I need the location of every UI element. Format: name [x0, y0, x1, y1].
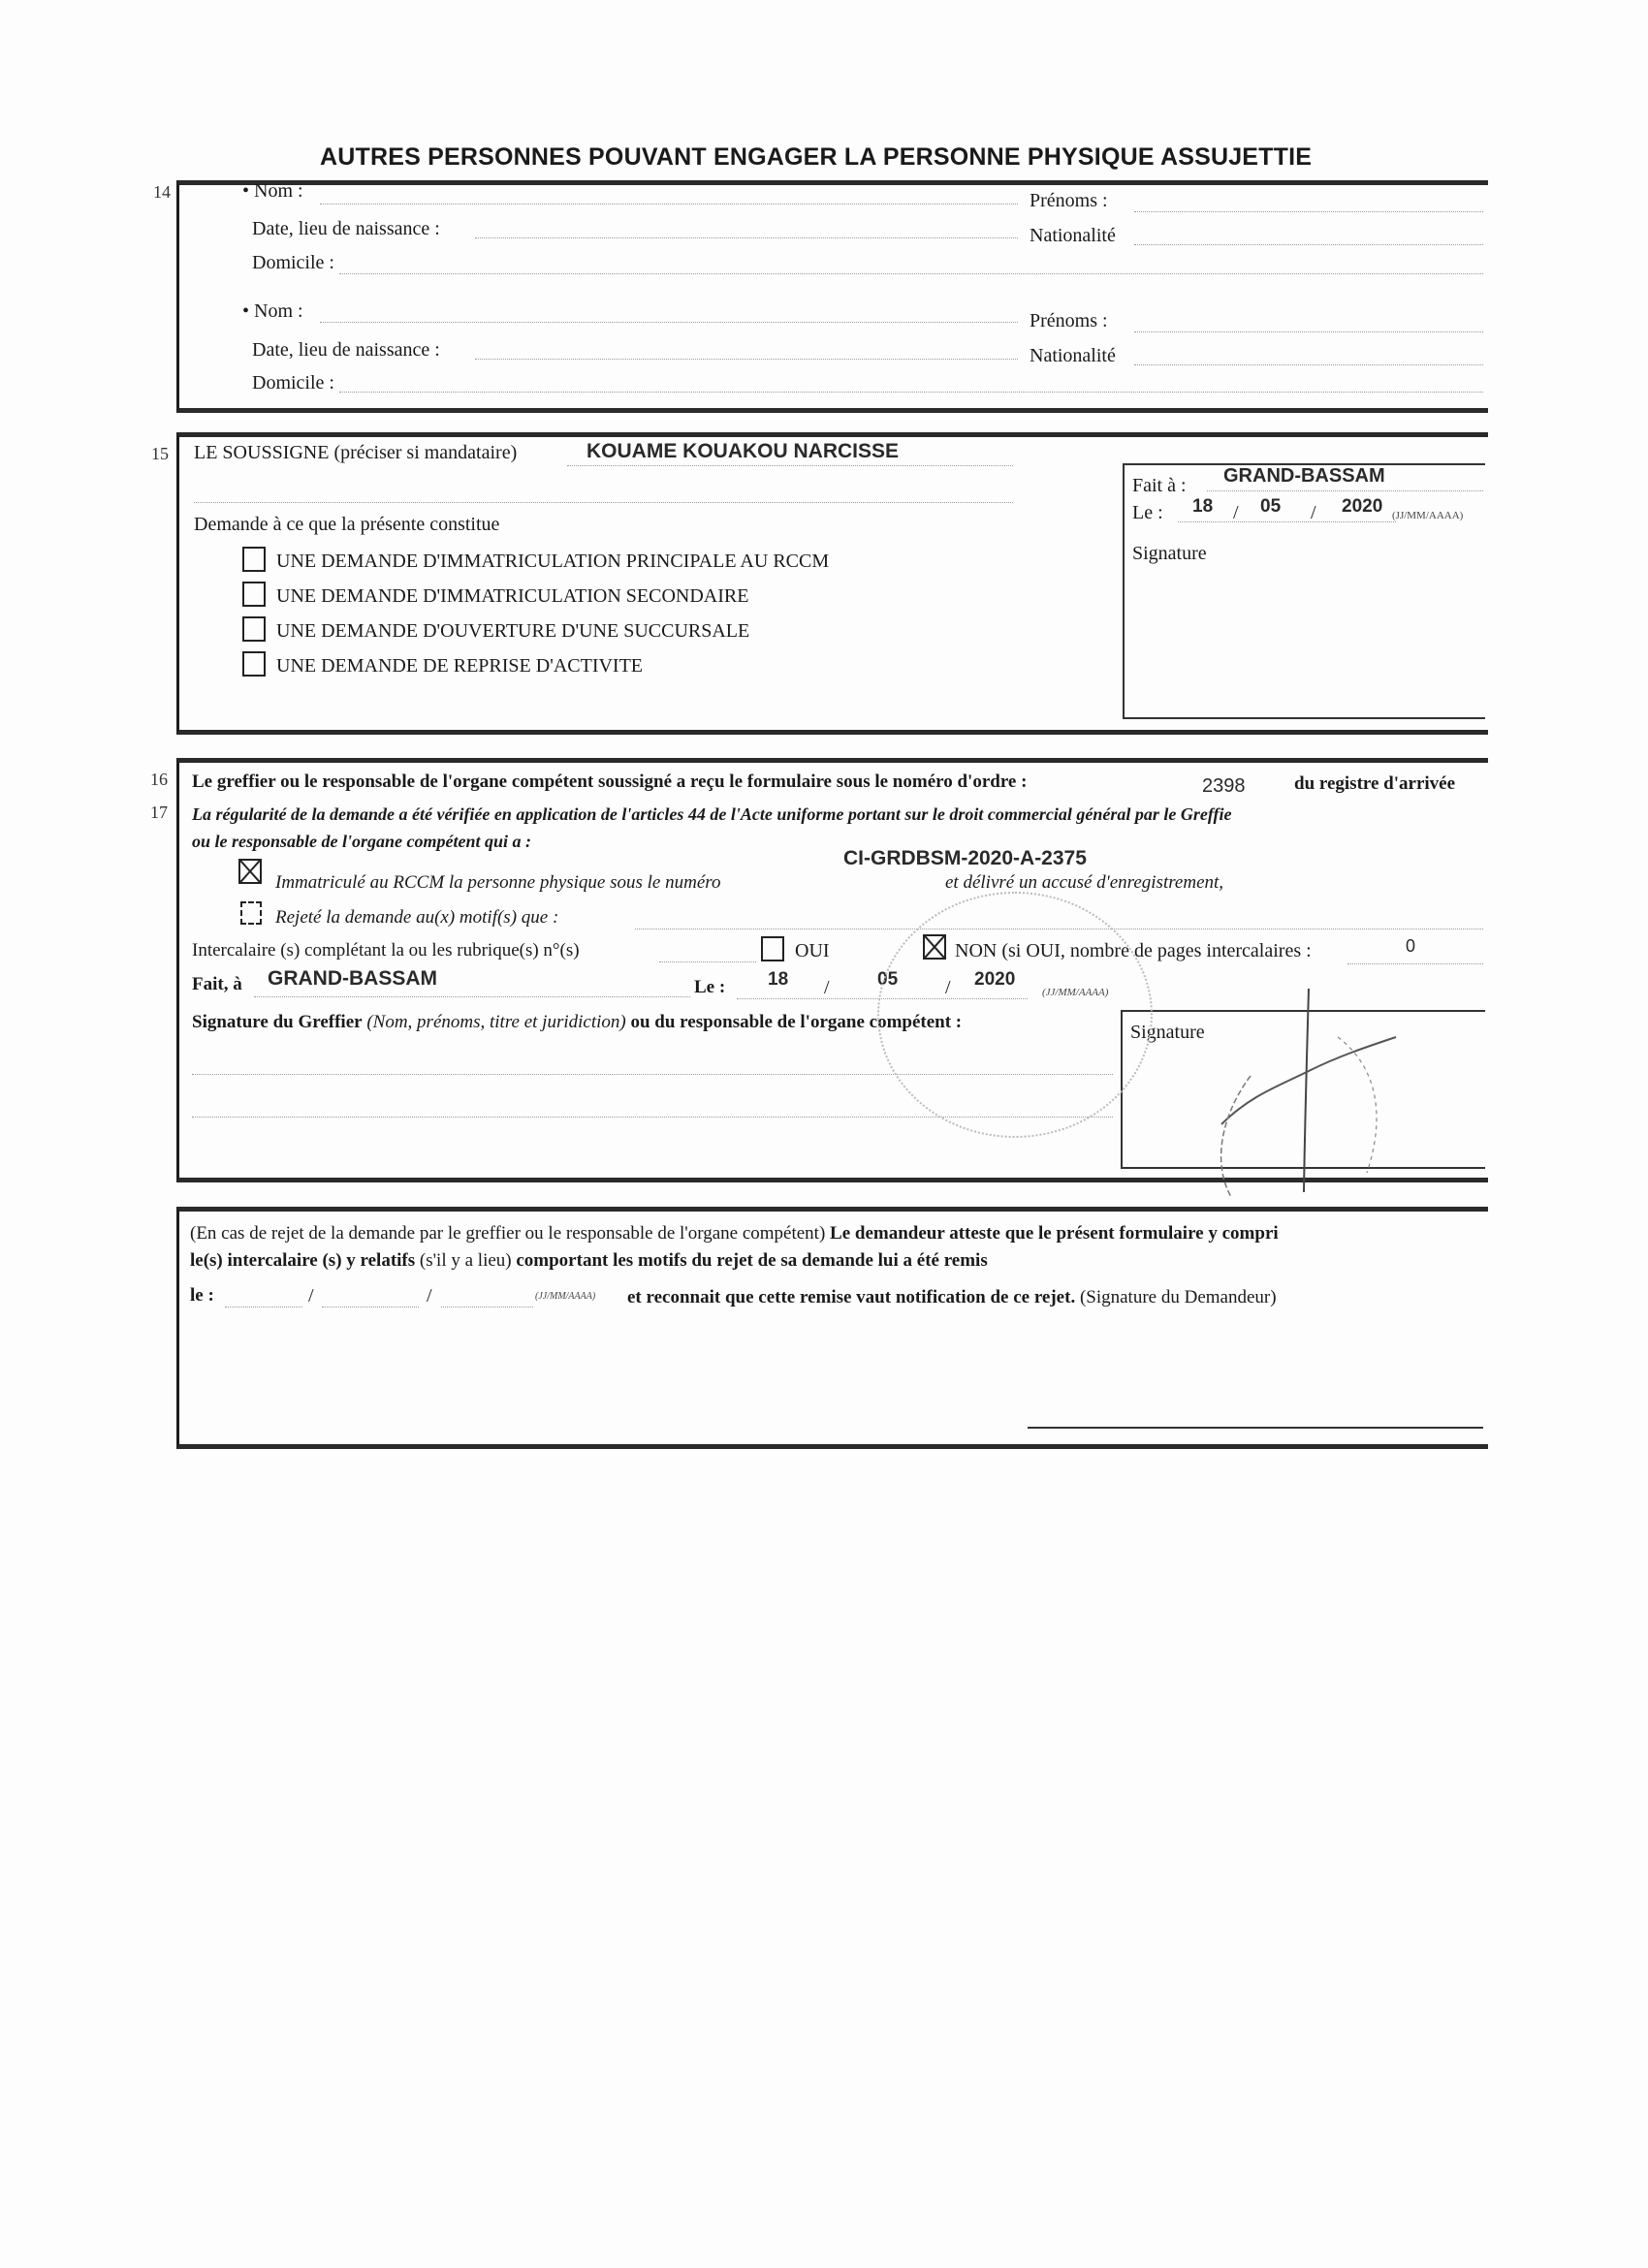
oui-checkbox[interactable] [761, 936, 784, 961]
oui-label: OUI [795, 940, 830, 962]
section-16-text: Le greffier ou le responsable de l'organ… [192, 772, 1027, 793]
intercalaire-label: Intercalaire (s) complétant la ou les ru… [192, 940, 580, 961]
fait-a-line [1207, 490, 1483, 491]
demandeur-signature-line[interactable] [1028, 1427, 1483, 1429]
rejet-month-field[interactable] [322, 1307, 419, 1307]
option-label: UNE DEMANDE D'OUVERTURE D'UNE SUCCURSALE [276, 620, 749, 643]
option-checkbox[interactable] [242, 651, 266, 677]
numero-ordre[interactable]: 2398 [1202, 775, 1246, 798]
rejet-line2-normal: (s'il y a lieu) [420, 1250, 512, 1271]
handwritten-signature-icon [1183, 979, 1415, 1202]
option-checkbox[interactable] [242, 616, 266, 642]
rejet-line1-bold: Le demandeur atteste que le présent form… [830, 1223, 1279, 1244]
prenoms-label: Prénoms : [1030, 190, 1108, 212]
date-line [1178, 521, 1396, 522]
soussigne-line [567, 465, 1013, 466]
immatricule-checkbox[interactable] [238, 859, 262, 884]
date-sep: / [308, 1285, 314, 1307]
nationalite-field[interactable] [1134, 244, 1483, 245]
soussigne-value[interactable]: KOUAME KOUAKOU NARCISSE [586, 440, 899, 463]
soussigne-line-2 [194, 502, 1013, 503]
date-month[interactable]: 05 [1260, 496, 1281, 518]
fait-a-value[interactable]: GRAND-BASSAM [1223, 465, 1385, 488]
nationalite-field[interactable] [1134, 364, 1483, 365]
le-label: Le : [1132, 502, 1163, 524]
domicile-label: Domicile : [252, 252, 334, 274]
nom-field[interactable] [320, 322, 1018, 323]
date-format: (JJ/MM/AAAA) [1392, 510, 1463, 521]
signature-greffier-bold1: Signature du Greffier [192, 1012, 363, 1032]
rejete-label: Rejeté la demande au(x) motif(s) que : [275, 907, 558, 929]
option-checkbox[interactable] [242, 547, 266, 572]
domicile-field[interactable] [339, 392, 1483, 393]
le-label-17: Le : [694, 977, 725, 998]
domicile-field[interactable] [339, 273, 1483, 274]
official-stamp-icon [877, 892, 1153, 1138]
option-checkbox[interactable] [242, 582, 266, 607]
date-sep: / [824, 977, 830, 999]
signature-box-15 [1123, 463, 1485, 719]
nb-pages-line [1347, 963, 1483, 964]
prenoms-label: Prénoms : [1030, 310, 1108, 332]
naissance-field[interactable] [475, 237, 1018, 238]
option-label: UNE DEMANDE DE REPRISE D'ACTIVITE [276, 655, 643, 677]
nom-label: • Nom : [242, 180, 303, 203]
rejet-line2-bold2: comportant les motifs du rejet de sa dem… [516, 1250, 987, 1271]
nationalite-label: Nationalité [1030, 225, 1116, 247]
rejet-le-label: le : [190, 1285, 214, 1307]
section-17-line1: La régularité de la demande a été vérifi… [192, 804, 1232, 825]
section-16-suffix: du registre d'arrivée [1294, 773, 1455, 795]
nom-label: • Nom : [242, 300, 303, 323]
rejet-line3-bold: et reconnait que cette remise vaut notif… [627, 1287, 1075, 1307]
fait-a-value-17[interactable]: GRAND-BASSAM [268, 967, 437, 991]
signature-greffier-label: Signature du Greffier (Nom, prénoms, tit… [192, 1012, 962, 1033]
date-year[interactable]: 2020 [1342, 496, 1382, 518]
rejet-day-field[interactable] [225, 1307, 302, 1307]
rejet-line3: et reconnait que cette remise vaut notif… [627, 1287, 1277, 1308]
signature-label: Signature [1132, 543, 1207, 565]
naissance-label: Date, lieu de naissance : [252, 339, 440, 362]
section-17-line2: ou le responsable de l'organe compétent … [192, 832, 531, 852]
intercalaire-field[interactable] [659, 961, 756, 962]
nationalite-label: Nationalité [1030, 345, 1116, 367]
date-day-17[interactable]: 18 [768, 969, 788, 991]
date-day[interactable]: 18 [1192, 496, 1213, 518]
naissance-field[interactable] [475, 359, 1018, 360]
option-label: UNE DEMANDE D'IMMATRICULATION SECONDAIRE [276, 585, 748, 608]
fait-a-line-17 [254, 996, 690, 997]
rejet-line1-normal: (En cas de rejet de la demande par le gr… [190, 1223, 825, 1244]
section-14-box [176, 180, 1488, 413]
page-title: AUTRES PERSONNES POUVANT ENGAGER LA PERS… [320, 143, 1312, 172]
nom-field[interactable] [320, 204, 1018, 205]
immatricule-suffix: et délivré un accusé d'enregistrement, [945, 872, 1223, 894]
section-number-14: 14 [153, 182, 171, 203]
rejet-year-field[interactable] [441, 1307, 533, 1307]
section-number-16: 16 [150, 770, 168, 790]
rejet-date-format: (JJ/MM/AAAA) [535, 1291, 595, 1302]
demande-label: Demande à ce que la présente constitue [194, 514, 499, 536]
prenoms-field[interactable] [1134, 331, 1483, 332]
date-sep: / [427, 1285, 432, 1307]
rejete-checkbox[interactable] [240, 901, 262, 925]
fait-a-label-17: Fait, à [192, 974, 242, 995]
rejet-line3-normal: (Signature du Demandeur) [1080, 1287, 1277, 1307]
signature-greffier-italic: (Nom, prénoms, titre et juridiction) [366, 1012, 625, 1032]
section-number-17: 17 [150, 803, 168, 823]
domicile-label: Domicile : [252, 372, 334, 394]
rejet-line1: (En cas de rejet de la demande par le gr… [190, 1223, 1279, 1244]
soussigne-label: LE SOUSSIGNE (préciser si mandataire) [194, 442, 517, 464]
section-number-15: 15 [151, 444, 169, 464]
rejet-line2-bold1: le(s) intercalaire (s) y relatifs [190, 1250, 415, 1271]
prenoms-field[interactable] [1134, 211, 1483, 212]
fait-a-label: Fait à : [1132, 475, 1187, 497]
option-label: UNE DEMANDE D'IMMATRICULATION PRINCIPALE… [276, 551, 829, 573]
naissance-label: Date, lieu de naissance : [252, 218, 440, 240]
rejet-line2: le(s) intercalaire (s) y relatifs (s'il … [190, 1250, 988, 1272]
immatricule-numero[interactable]: CI-GRDBSM-2020-A-2375 [843, 847, 1087, 870]
immatricule-label: Immatriculé au RCCM la personne physique… [275, 872, 720, 894]
nb-pages-value[interactable]: 0 [1406, 936, 1415, 957]
